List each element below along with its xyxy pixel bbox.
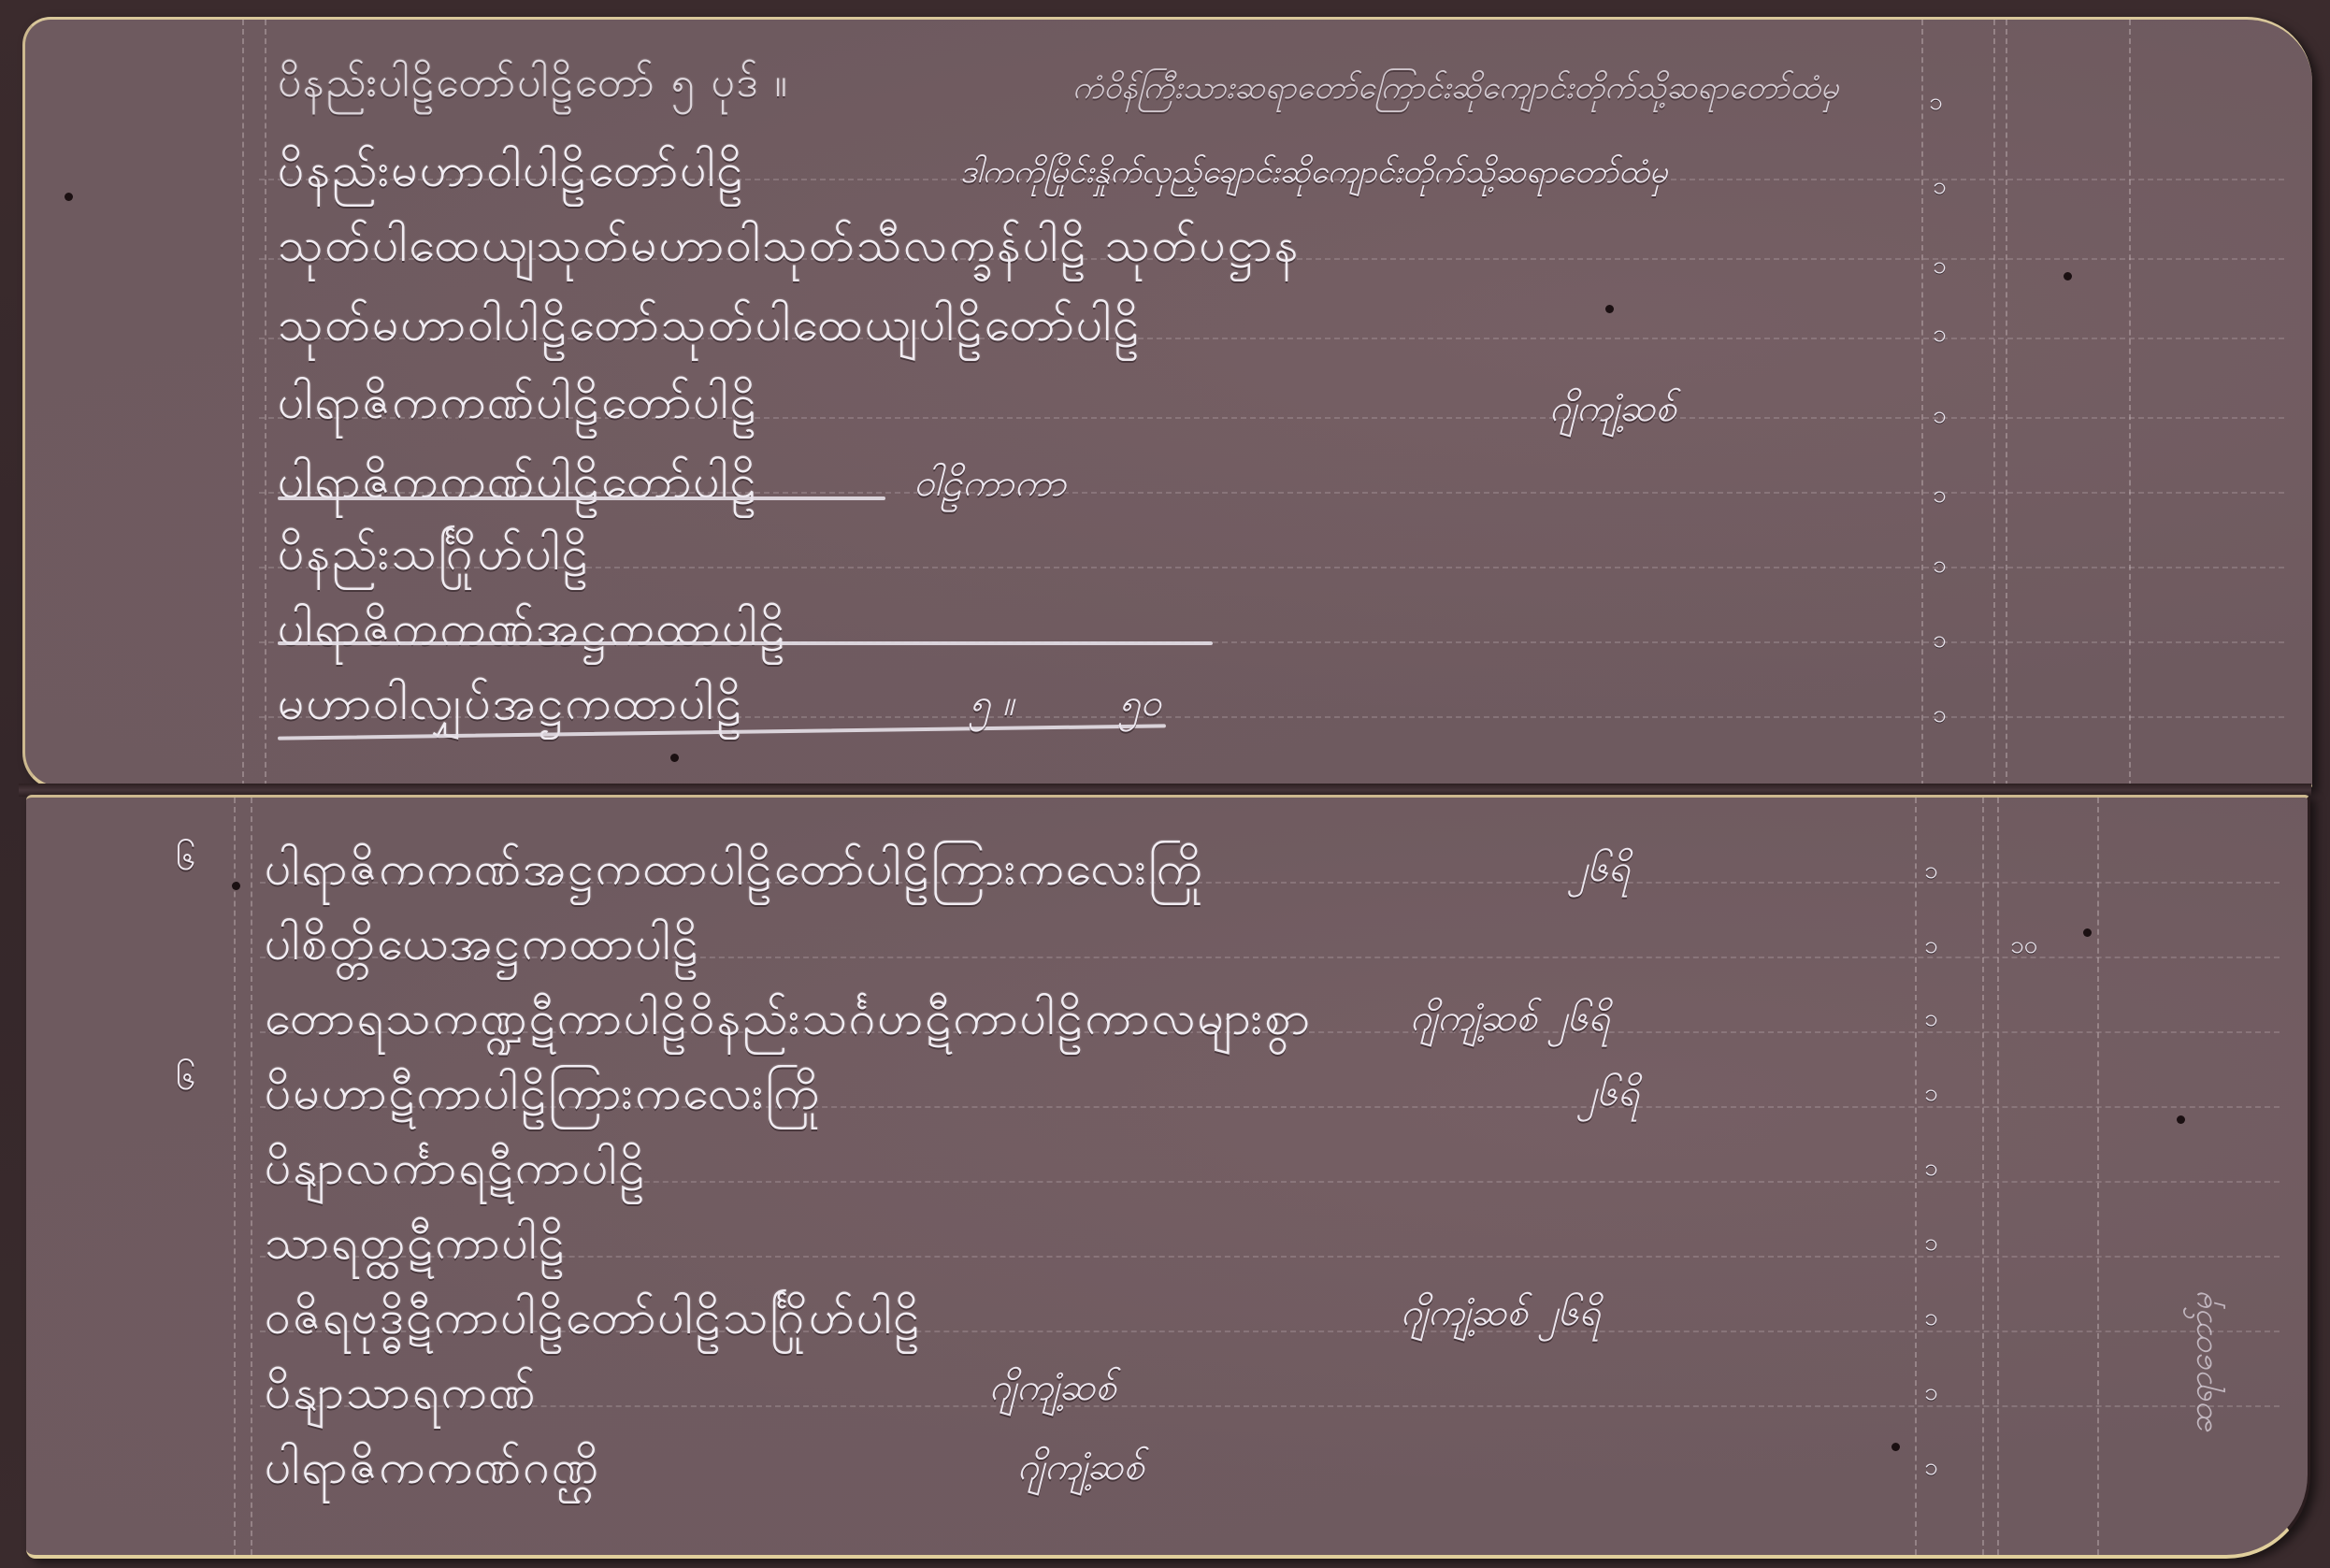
tally-mark: ၁ [1924, 928, 1938, 965]
column-rule [1915, 798, 1917, 1555]
annotation: ၅၀ [1119, 679, 1161, 734]
text-line: ဝဇိရဗုဒ္ဓိဋီကာပါဠိတော်ပါဠိသင်္ဂြိုဟ်ပါဠိ [265, 1288, 922, 1357]
text-line: ပိနည်းသင်္ဂြိုဟ်ပါဠိ [278, 525, 590, 593]
paper-speck [1605, 305, 1614, 313]
tally-mark: ၁ [1933, 623, 1947, 659]
tally-mark: ၁ [1933, 698, 1947, 734]
tally-mark: ၁ [1933, 169, 1947, 206]
annotation: ကံဝိန်ကြီးသားဆရာတော်ကြောင်းဆိုကျောင်းတို… [1072, 66, 1838, 114]
column-rule [1982, 798, 1984, 1555]
annotation: ဂျိကျံ့ဆစ် ၂၆ရိ [1401, 1288, 1601, 1344]
annotation: ဂျိကျံ့ဆစ် [989, 1363, 1116, 1418]
text-line: ပါရာဇိကကဏ်ပါဠိတော်ပါဠိ [278, 373, 758, 441]
strike-line [278, 496, 885, 500]
annotation: ၂၆ရိ [1578, 1069, 1639, 1124]
column-rule [2006, 20, 2007, 786]
annotation: ဂျိကျံ့ဆစ် [1549, 384, 1676, 439]
text-line: သုတ်မဟာဝါပါဠိတော်သုတ်ပါထေယျပါဠိတော်ပါဠိ [278, 295, 1142, 364]
paper-speck [1891, 1443, 1900, 1451]
paper-speck [670, 754, 679, 762]
tally-mark: ၁ [1933, 249, 1947, 285]
paper-speck [65, 193, 73, 201]
tally-mark-extra: ၁၀ [2010, 928, 2037, 965]
text-line: ပါစိတ္တိယေအဋ္ဌကထာပါဠိ [265, 914, 700, 983]
text-line: ပိနျာသာရကဏ် [265, 1363, 538, 1431]
tally-mark: ၁ [1933, 317, 1947, 353]
margin-mark: ၆ [176, 835, 195, 887]
top-folio: ပိနည်းပါဠိတော်ပါဠိတော် ၅ ပုဒ် ။ ပိနည်းမဟ… [22, 17, 2312, 790]
strike-line [278, 641, 1213, 645]
paper-speck [2177, 1115, 2185, 1124]
margin-rule [242, 20, 244, 786]
annotation: ၅ ။ [970, 679, 1014, 734]
tally-mark: ၁ [1924, 1151, 1938, 1187]
text-line: ပိမဟာဋီကာပါဠိကြားကလေးကြို [265, 1064, 821, 1132]
column-rule [2129, 20, 2131, 786]
annotation: ၂၆ရိ [1569, 844, 1630, 899]
column-rule [2097, 798, 2099, 1555]
text-line: ပါရာဇိကကဏ်အဋ္ဌကထာပါဠိ [278, 599, 787, 668]
side-note: ဆရာတော်မှ [2177, 1293, 2224, 1434]
column-rule [1993, 20, 1995, 786]
tally-mark: ၁ [1933, 548, 1947, 584]
margin-rule [251, 798, 252, 1555]
tally-mark: ၁ [1933, 478, 1947, 514]
tally-mark: ၁ [1933, 398, 1947, 435]
paper-speck [2083, 928, 2092, 937]
text-line: ပိနည်းပါဠိတော်ပါဠိတော် ၅ ပုဒ် ။ [278, 57, 789, 117]
text-line: သုတ်ပါထေယျသုတ်မဟာဝါသုတ်သီလက္ခန်ပါဠိ သုတ်… [278, 216, 1301, 284]
annotation: ဂျိကျံ့ဆစ် [1017, 1443, 1144, 1498]
text-line: ပါရာဇိကကဏ်ဂဏ္ဌိ [265, 1438, 600, 1506]
column-rule [1997, 798, 1999, 1555]
tally-mark: ၁ [1924, 1450, 1938, 1487]
paper-speck [2064, 272, 2072, 281]
annotation: ဒါကကိုမြိုင်းနှိုက်လှည့်ချောင်းဆိုကျောင်… [960, 151, 1667, 198]
text-line: သာရတ္ထဋီကာပါဠိ [265, 1214, 567, 1282]
paper-speck [232, 882, 240, 890]
text-line: ပါရာဇိကကဏ်အဋ္ဌကထာပါဠိတော်ပါဠိကြားကလေးကြိ… [265, 840, 1203, 908]
tally-mark: ၁ [1924, 854, 1938, 890]
annotation: ဝါဠိကာကာ [913, 459, 1066, 514]
text-line: ပိနျာလင်္ကာရဋီကာပါဠိ [265, 1139, 647, 1207]
annotation: ဂျိကျံ့ဆစ် ၂၆ရိ [1410, 994, 1610, 1049]
tally-mark: ၁ [1924, 1226, 1938, 1262]
tally-mark: ၁ [1929, 85, 1943, 122]
tally-mark: ၁ [1924, 1301, 1938, 1337]
bottom-folio: ၆ ၆ ပါရာဇိကကဏ်အဋ္ဌကထာပါဠိတော်ပါဠိကြားကလေ… [26, 795, 2310, 1559]
margin-rule [265, 20, 266, 786]
text-line: ပိနည်းမဟာဝါပါဠိတော်ပါဠိ [278, 141, 745, 209]
column-rule [1921, 20, 1923, 786]
text-line: ပါရာဇိကကဏ်ပါဠိတော်ပါဠိ [278, 453, 758, 521]
margin-mark: ၆ [176, 1055, 195, 1107]
tally-mark: ၁ [1924, 1375, 1938, 1412]
margin-rule [234, 798, 236, 1555]
tally-mark: ၁ [1924, 1001, 1938, 1038]
row-rule [260, 1405, 2280, 1407]
tally-mark: ၁ [1924, 1076, 1938, 1113]
text-line: တောရသကဏ္ဍဋီကာပါဠိဝိနည်းသင်္ဂဟဋီကာပါဠိကာလ… [265, 989, 1312, 1057]
